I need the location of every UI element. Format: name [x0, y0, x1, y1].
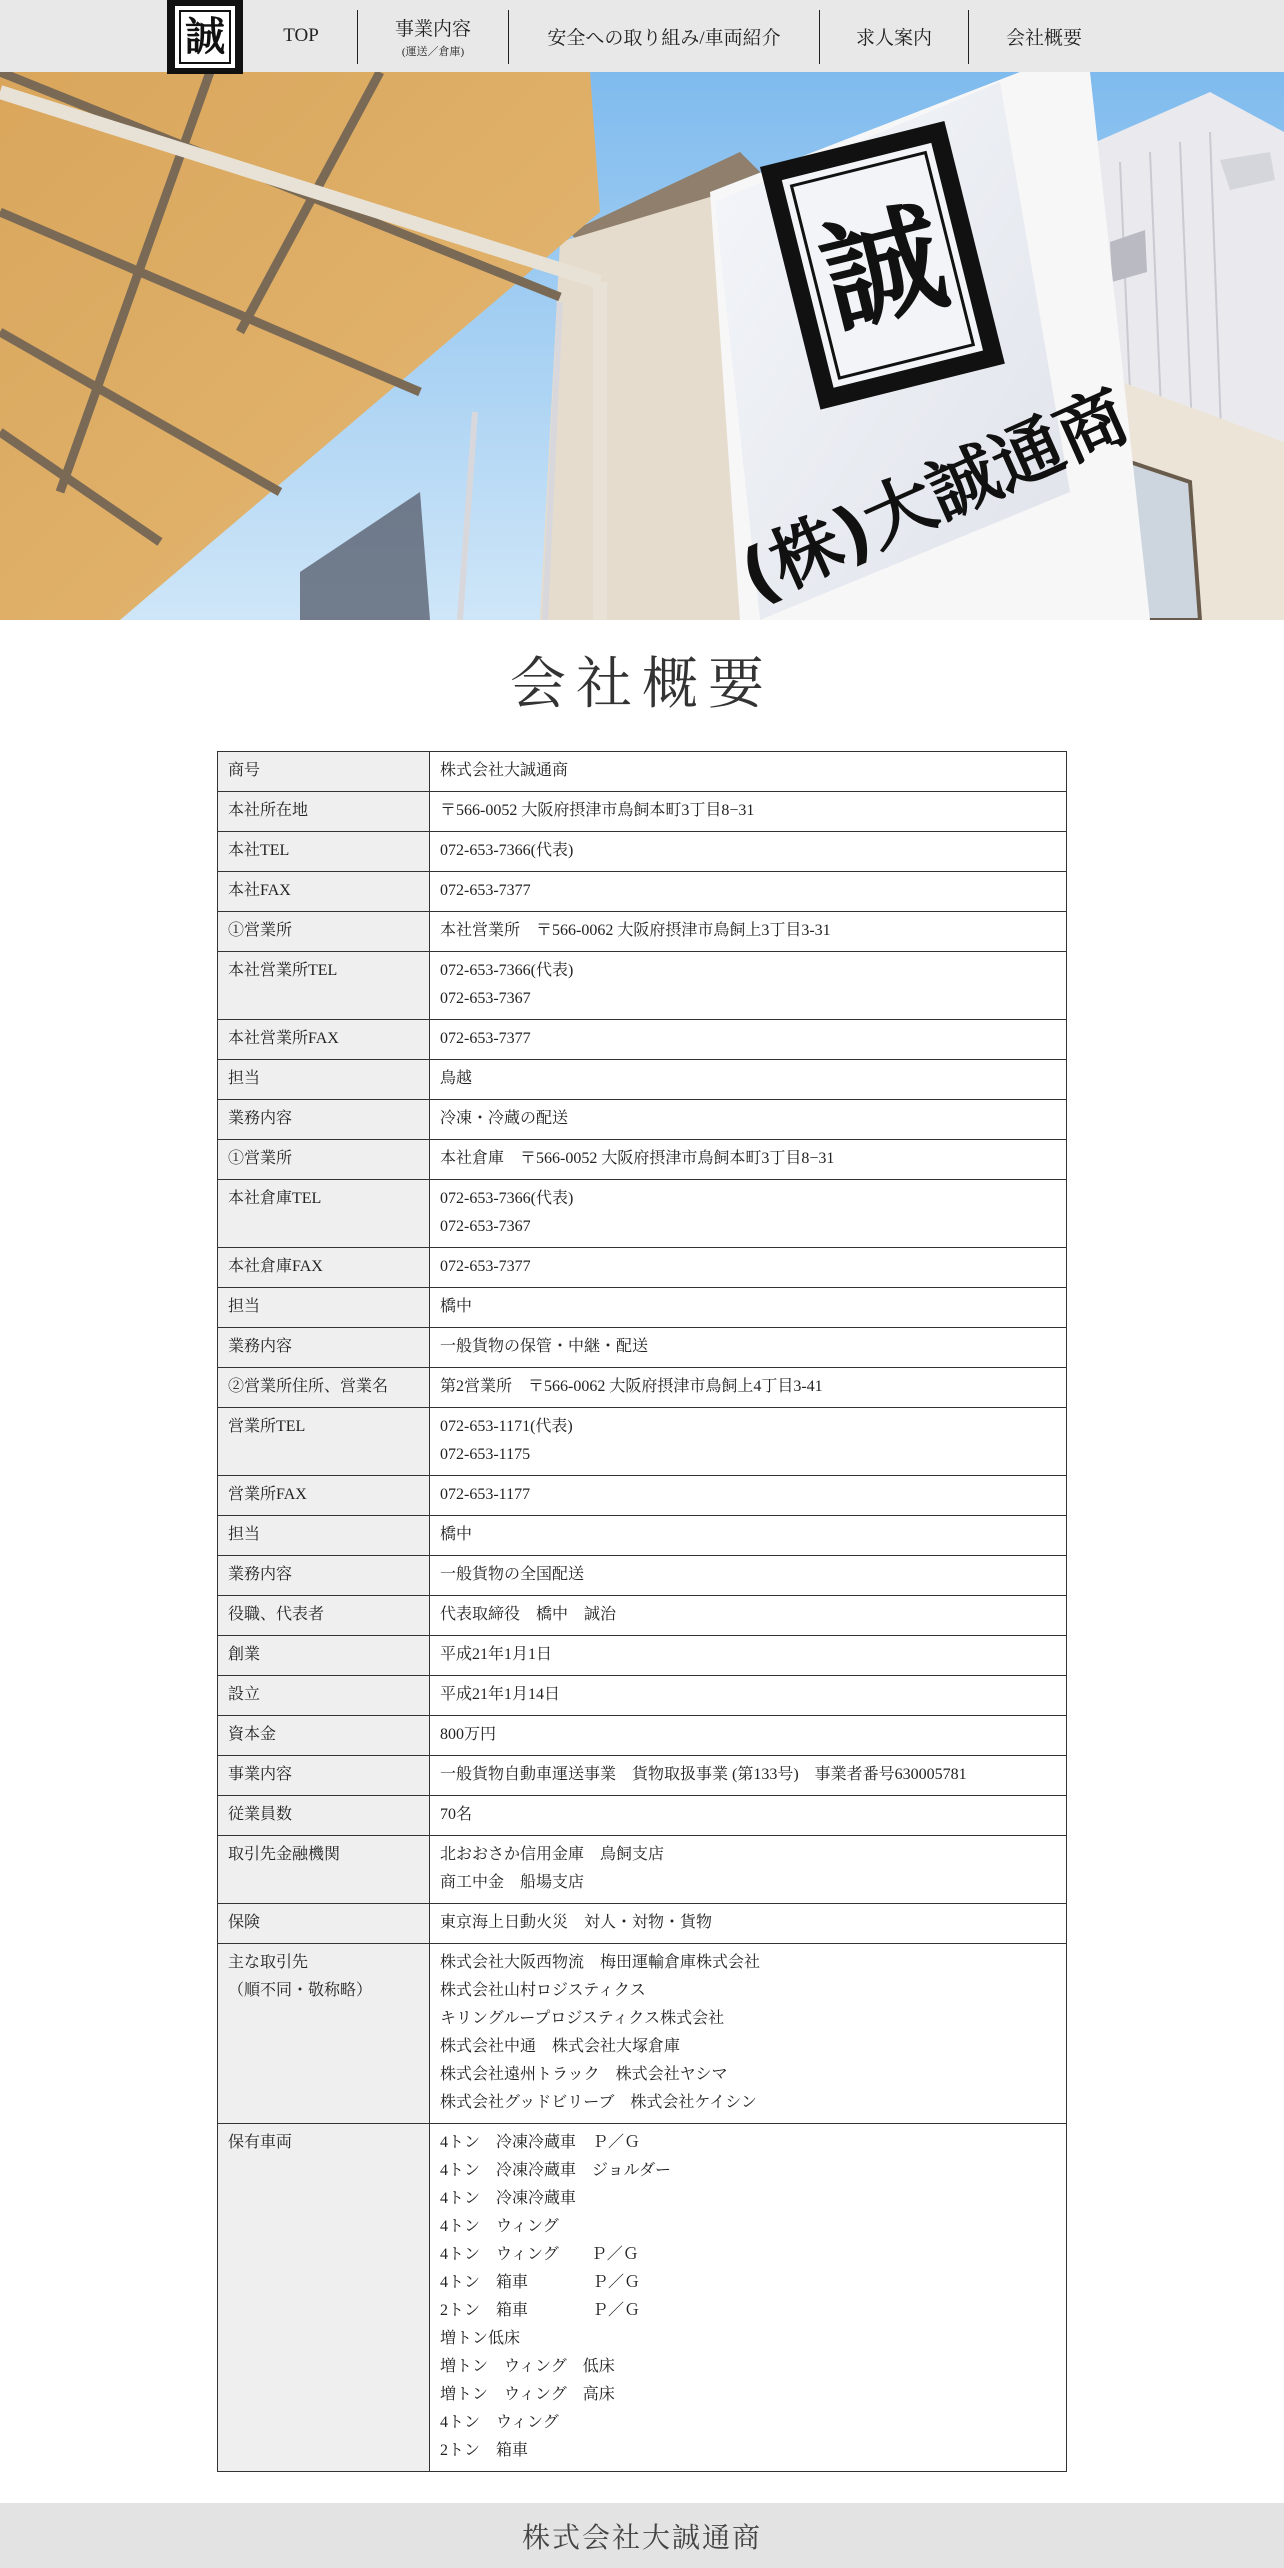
table-row: 業務内容一般貨物の保管・中継・配送: [218, 1328, 1067, 1368]
row-value: 鳥越: [430, 1060, 1067, 1100]
table-row: 事業内容一般貨物自動車運送事業 貨物取扱事業 (第133号) 事業者番号6300…: [218, 1756, 1067, 1796]
row-value: 〒566-0052 大阪府摂津市鳥飼本町3丁目8−31: [430, 792, 1067, 832]
row-label-text: 設立: [228, 1681, 419, 1709]
row-value-line: 4トン 冷凍冷蔵車 ジョルダー: [440, 2157, 1056, 2185]
row-label-text: 営業所FAX: [228, 1481, 419, 1509]
company-info-table: 商号株式会社大誠通商本社所在地〒566-0052 大阪府摂津市鳥飼本町3丁目8−…: [217, 751, 1067, 2472]
logo-frame: 誠: [175, 6, 235, 68]
row-label: ②営業所住所、営業名: [218, 1368, 430, 1408]
row-label: 創業: [218, 1636, 430, 1676]
top-navigation: 誠 TOP 事業内容 (運送／倉庫) 安全への取り組み/車両紹介 求人案内 会社…: [0, 0, 1284, 72]
row-value-line: 2トン 箱車 Ｐ／Ｇ: [440, 2297, 1056, 2325]
row-value: 平成21年1月1日: [430, 1636, 1067, 1676]
table-row: 担当橋中: [218, 1288, 1067, 1328]
row-label-text: 営業所TEL: [228, 1413, 419, 1441]
row-value-line: 072-653-1175: [440, 1441, 1056, 1469]
table-row: 営業所FAX072-653-1177: [218, 1476, 1067, 1516]
row-value-line: 4トン 冷凍冷蔵車: [440, 2185, 1056, 2213]
nav-item-label: 安全への取り組み/車両紹介: [547, 23, 780, 50]
row-value-line: 072-653-7366(代表): [440, 837, 1056, 865]
table-row: 本社所在地〒566-0052 大阪府摂津市鳥飼本町3丁目8−31: [218, 792, 1067, 832]
row-label-text: ①営業所: [228, 917, 419, 945]
row-value-line: 商工中金 船場支店: [440, 1869, 1056, 1897]
table-row: ①営業所本社倉庫 〒566-0052 大阪府摂津市鳥飼本町3丁目8−31: [218, 1140, 1067, 1180]
row-value: 本社営業所 〒566-0062 大阪府摂津市鳥飼上3丁目3-31: [430, 912, 1067, 952]
row-label-subtext: （順不同・敬称略）: [228, 1977, 419, 2005]
row-label-text: 担当: [228, 1293, 419, 1321]
row-label: ①営業所: [218, 912, 430, 952]
row-value-line: 増トン低床: [440, 2325, 1056, 2353]
row-label-text: 本社営業所FAX: [228, 1025, 419, 1053]
row-value: 東京海上日動火災 対人・対物・貨物: [430, 1904, 1067, 1944]
nav-item-business[interactable]: 事業内容 (運送／倉庫): [370, 0, 496, 72]
table-row: 取引先金融機関北おおさか信用金庫 鳥飼支店商工中金 船場支店: [218, 1836, 1067, 1904]
nav-item-label: 求人案内: [856, 23, 932, 50]
row-value: 一般貨物の保管・中継・配送: [430, 1328, 1067, 1368]
row-label-text: 本社倉庫FAX: [228, 1253, 419, 1281]
row-value-line: 4トン ウィング: [440, 2409, 1056, 2437]
row-value: 800万円: [430, 1716, 1067, 1756]
nav-divider: [968, 10, 969, 64]
hero-building-sign-illustration: 誠 (株)大誠通商: [0, 72, 1284, 620]
row-value: 北おおさか信用金庫 鳥飼支店商工中金 船場支店: [430, 1836, 1067, 1904]
row-label: 事業内容: [218, 1756, 430, 1796]
row-value: 072-653-7366(代表)072-653-7367: [430, 1180, 1067, 1248]
nav-item-label: 事業内容: [395, 14, 471, 41]
row-value: 橋中: [430, 1288, 1067, 1328]
row-value: 代表取締役 橋中 誠治: [430, 1596, 1067, 1636]
footer-company-name: 株式会社大誠通商: [522, 2516, 762, 2556]
row-value-line: 冷凍・冷蔵の配送: [440, 1105, 1056, 1133]
nav-item-company[interactable]: 会社概要: [982, 0, 1106, 72]
row-value: 072-653-7366(代表): [430, 832, 1067, 872]
row-value-line: 4トン 箱車 Ｐ／Ｇ: [440, 2269, 1056, 2297]
row-label: 本社所在地: [218, 792, 430, 832]
row-value-line: 橋中: [440, 1521, 1056, 1549]
row-value: 第2営業所 〒566-0062 大阪府摂津市鳥飼上4丁目3-41: [430, 1368, 1067, 1408]
row-value: 072-653-7377: [430, 872, 1067, 912]
nav-item-recruit[interactable]: 求人案内: [832, 0, 956, 72]
row-value-line: 株式会社大誠通商: [440, 757, 1056, 785]
table-row: 従業員数70名: [218, 1796, 1067, 1836]
row-value-line: 北おおさか信用金庫 鳥飼支店: [440, 1841, 1056, 1869]
row-value-line: 株式会社大阪西物流 梅田運輸倉庫株式会社: [440, 1949, 1056, 1977]
table-row: 業務内容一般貨物の全国配送: [218, 1556, 1067, 1596]
table-row: 創業平成21年1月1日: [218, 1636, 1067, 1676]
table-row: 本社営業所TEL072-653-7366(代表)072-653-7367: [218, 952, 1067, 1020]
row-value-line: 4トン ウィング Ｐ／Ｇ: [440, 2241, 1056, 2269]
row-label: 本社倉庫TEL: [218, 1180, 430, 1248]
nav-item-label: 会社概要: [1006, 23, 1082, 50]
row-value-line: 増トン ウィング 低床: [440, 2353, 1056, 2381]
row-value-line: 072-653-7377: [440, 877, 1056, 905]
row-label: 保有車両: [218, 2124, 430, 2472]
table-row: 担当橋中: [218, 1516, 1067, 1556]
logo-mark-icon: 誠: [185, 17, 225, 57]
row-value-line: 株式会社中通 株式会社大塚倉庫: [440, 2033, 1056, 2061]
row-label: 役職、代表者: [218, 1596, 430, 1636]
row-value-line: 800万円: [440, 1721, 1056, 1749]
row-value: 橋中: [430, 1516, 1067, 1556]
row-value: 072-653-1171(代表)072-653-1175: [430, 1408, 1067, 1476]
row-value-line: 〒566-0052 大阪府摂津市鳥飼本町3丁目8−31: [440, 797, 1056, 825]
row-value: 株式会社大誠通商: [430, 752, 1067, 792]
row-label: 主な取引先（順不同・敬称略）: [218, 1944, 430, 2124]
row-value-line: 072-653-7366(代表): [440, 1185, 1056, 1213]
table-row: 設立平成21年1月14日: [218, 1676, 1067, 1716]
row-label-text: ①営業所: [228, 1145, 419, 1173]
row-value-line: 東京海上日動火災 対人・対物・貨物: [440, 1909, 1056, 1937]
row-value-line: 70名: [440, 1801, 1056, 1829]
nav-divider: [819, 10, 820, 64]
row-value-line: 一般貨物自動車運送事業 貨物取扱事業 (第133号) 事業者番号63000578…: [440, 1761, 1056, 1789]
row-label: 本社営業所FAX: [218, 1020, 430, 1060]
row-label-text: 本社TEL: [228, 837, 419, 865]
row-label-text: 主な取引先: [228, 1949, 419, 1977]
row-label-text: 役職、代表者: [228, 1601, 419, 1629]
row-value-line: 本社倉庫 〒566-0052 大阪府摂津市鳥飼本町3丁目8−31: [440, 1145, 1056, 1173]
row-label: 担当: [218, 1288, 430, 1328]
nav-item-safety-vehicles[interactable]: 安全への取り組み/車両紹介: [522, 0, 806, 72]
row-value-line: 株式会社山村ロジスティクス: [440, 1977, 1056, 2005]
row-value: 本社倉庫 〒566-0052 大阪府摂津市鳥飼本町3丁目8−31: [430, 1140, 1067, 1180]
row-label-text: 資本金: [228, 1721, 419, 1749]
row-value-line: キリングループロジスティクス株式会社: [440, 2005, 1056, 2033]
nav-divider: [508, 10, 509, 64]
row-label: 本社TEL: [218, 832, 430, 872]
row-value-line: 072-653-1171(代表): [440, 1413, 1056, 1441]
table-row: 主な取引先（順不同・敬称略）株式会社大阪西物流 梅田運輸倉庫株式会社株式会社山村…: [218, 1944, 1067, 2124]
row-label: 営業所FAX: [218, 1476, 430, 1516]
logo-home-link[interactable]: 誠: [167, 0, 243, 74]
row-label: ①営業所: [218, 1140, 430, 1180]
row-label-text: 担当: [228, 1065, 419, 1093]
table-row: 商号株式会社大誠通商: [218, 752, 1067, 792]
table-row: 役職、代表者代表取締役 橋中 誠治: [218, 1596, 1067, 1636]
row-label-text: 業務内容: [228, 1105, 419, 1133]
row-value-line: 072-653-7366(代表): [440, 957, 1056, 985]
row-label-text: 業務内容: [228, 1561, 419, 1589]
row-label-text: ②営業所住所、営業名: [228, 1373, 419, 1401]
row-label-text: 本社FAX: [228, 877, 419, 905]
nav-item-top[interactable]: TOP: [268, 0, 334, 72]
table-row: 保険東京海上日動火災 対人・対物・貨物: [218, 1904, 1067, 1944]
row-value-line: 072-653-7367: [440, 1213, 1056, 1241]
row-value-line: 072-653-7367: [440, 985, 1056, 1013]
row-value-line: 鳥越: [440, 1065, 1056, 1093]
table-row: 本社倉庫FAX072-653-7377: [218, 1248, 1067, 1288]
row-label: 業務内容: [218, 1556, 430, 1596]
nav-divider: [357, 10, 358, 64]
row-label: 本社営業所TEL: [218, 952, 430, 1020]
row-label: 業務内容: [218, 1328, 430, 1368]
row-value: 冷凍・冷蔵の配送: [430, 1100, 1067, 1140]
row-value: 072-653-7366(代表)072-653-7367: [430, 952, 1067, 1020]
hero-image: 誠 (株)大誠通商: [0, 72, 1284, 620]
row-value: 072-653-7377: [430, 1248, 1067, 1288]
row-value: 平成21年1月14日: [430, 1676, 1067, 1716]
table-row: 本社営業所FAX072-653-7377: [218, 1020, 1067, 1060]
row-label-text: 従業員数: [228, 1801, 419, 1829]
row-label-text: 本社所在地: [228, 797, 419, 825]
row-label-text: 保険: [228, 1909, 419, 1937]
row-label-text: 本社営業所TEL: [228, 957, 419, 985]
table-row: ①営業所本社営業所 〒566-0062 大阪府摂津市鳥飼上3丁目3-31: [218, 912, 1067, 952]
row-value-line: 072-653-7377: [440, 1025, 1056, 1053]
page-title: 会社概要: [0, 640, 1284, 720]
row-label-text: 事業内容: [228, 1761, 419, 1789]
nav-item-sublabel: (運送／倉庫): [402, 43, 464, 59]
table-row: 担当鳥越: [218, 1060, 1067, 1100]
row-label: 本社倉庫FAX: [218, 1248, 430, 1288]
row-value: 70名: [430, 1796, 1067, 1836]
row-value: 072-653-1177: [430, 1476, 1067, 1516]
row-value-line: 本社営業所 〒566-0062 大阪府摂津市鳥飼上3丁目3-31: [440, 917, 1056, 945]
row-value-line: 平成21年1月14日: [440, 1681, 1056, 1709]
row-label: 設立: [218, 1676, 430, 1716]
row-value: 4トン 冷凍冷蔵車 Ｐ／Ｇ4トン 冷凍冷蔵車 ジョルダー4トン 冷凍冷蔵車4トン…: [430, 2124, 1067, 2472]
table-row: 営業所TEL072-653-1171(代表)072-653-1175: [218, 1408, 1067, 1476]
row-label: 商号: [218, 752, 430, 792]
row-label-text: 創業: [228, 1641, 419, 1669]
row-value-line: 株式会社グッドビリーブ 株式会社ケイシン: [440, 2089, 1056, 2117]
row-label: 本社FAX: [218, 872, 430, 912]
table-row: 本社倉庫TEL072-653-7366(代表)072-653-7367: [218, 1180, 1067, 1248]
row-label-text: 業務内容: [228, 1333, 419, 1361]
row-value-line: 代表取締役 橋中 誠治: [440, 1601, 1056, 1629]
row-label-text: 担当: [228, 1521, 419, 1549]
row-label: 資本金: [218, 1716, 430, 1756]
row-label: 担当: [218, 1060, 430, 1100]
row-value-line: 橋中: [440, 1293, 1056, 1321]
row-value: 一般貨物自動車運送事業 貨物取扱事業 (第133号) 事業者番号63000578…: [430, 1756, 1067, 1796]
row-value-line: 072-653-7377: [440, 1253, 1056, 1281]
row-label: 従業員数: [218, 1796, 430, 1836]
row-label-text: 取引先金融機関: [228, 1841, 419, 1869]
row-value: 一般貨物の全国配送: [430, 1556, 1067, 1596]
row-label: 担当: [218, 1516, 430, 1556]
row-value-line: 平成21年1月1日: [440, 1641, 1056, 1669]
row-value-line: 株式会社遠州トラック 株式会社ヤシマ: [440, 2061, 1056, 2089]
row-label: 取引先金融機関: [218, 1836, 430, 1904]
table-row: 業務内容冷凍・冷蔵の配送: [218, 1100, 1067, 1140]
row-label-text: 商号: [228, 757, 419, 785]
table-row: ②営業所住所、営業名第2営業所 〒566-0062 大阪府摂津市鳥飼上4丁目3-…: [218, 1368, 1067, 1408]
row-label-text: 本社倉庫TEL: [228, 1185, 419, 1213]
row-value-line: 一般貨物の全国配送: [440, 1561, 1056, 1589]
row-label: 営業所TEL: [218, 1408, 430, 1476]
row-label: 保険: [218, 1904, 430, 1944]
row-value-line: 第2営業所 〒566-0062 大阪府摂津市鳥飼上4丁目3-41: [440, 1373, 1056, 1401]
row-value-line: 増トン ウィング 高床: [440, 2381, 1056, 2409]
row-value-line: 一般貨物の保管・中継・配送: [440, 1333, 1056, 1361]
table-row: 保有車両4トン 冷凍冷蔵車 Ｐ／Ｇ4トン 冷凍冷蔵車 ジョルダー4トン 冷凍冷蔵…: [218, 2124, 1067, 2472]
nav-item-label: TOP: [283, 25, 319, 47]
row-value: 株式会社大阪西物流 梅田運輸倉庫株式会社株式会社山村ロジスティクスキリングループ…: [430, 1944, 1067, 2124]
table-row: 本社TEL072-653-7366(代表): [218, 832, 1067, 872]
table-row: 本社FAX072-653-7377: [218, 872, 1067, 912]
row-value-line: 4トン 冷凍冷蔵車 Ｐ／Ｇ: [440, 2129, 1056, 2157]
row-value-line: 072-653-1177: [440, 1481, 1056, 1509]
row-value: 072-653-7377: [430, 1020, 1067, 1060]
row-label: 業務内容: [218, 1100, 430, 1140]
footer: 株式会社大誠通商: [0, 2503, 1284, 2568]
row-value-line: 2トン 箱車: [440, 2437, 1056, 2465]
row-label-text: 保有車両: [228, 2129, 419, 2157]
table-row: 資本金800万円: [218, 1716, 1067, 1756]
row-value-line: 4トン ウィング: [440, 2213, 1056, 2241]
